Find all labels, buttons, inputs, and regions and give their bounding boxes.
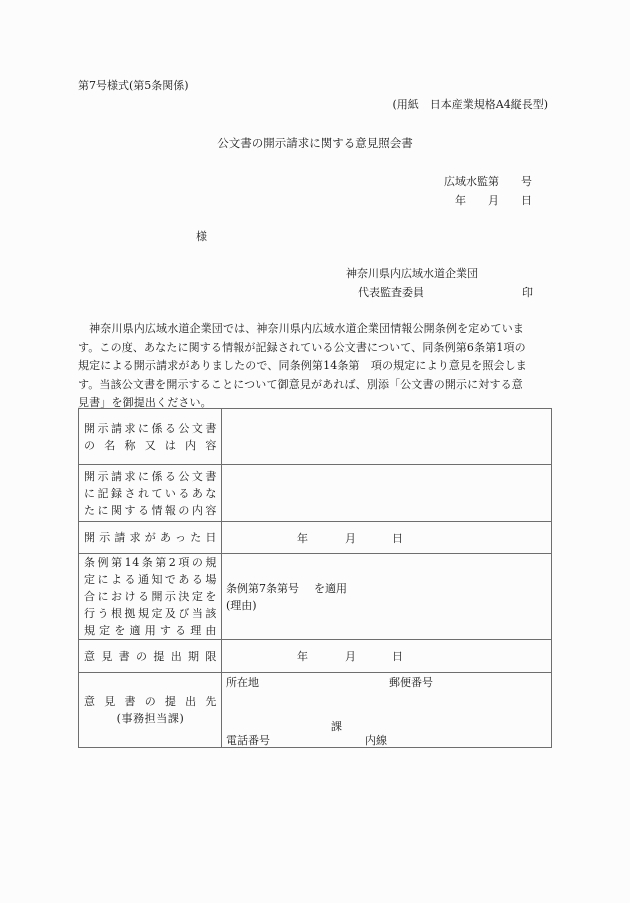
address-label: 所在地 <box>226 676 259 690</box>
extension-label: 内線 <box>365 734 387 748</box>
submission-destination-field[interactable]: 所在地 郵便番号 課 電話番号 内線 <box>222 673 552 748</box>
table-row: 意見書の提出期限 年 月 日 <box>79 640 552 673</box>
reason-label: (理由) <box>226 597 547 614</box>
body-line: す。この度、あなたに関する情報が記録されている公文書について、同条例第6条第1項… <box>78 339 554 358</box>
label-line: 規定を適用する理由 <box>84 622 217 639</box>
table-row: 開示請求に係る公文書 の名称又は内容 <box>79 409 552 465</box>
document-number: 広域水監第 号 <box>444 175 532 189</box>
sender-organization: 神奈川県内広域水道企業団 <box>346 267 478 281</box>
body-line: 規定による開示請求がありましたので、同条例第14条第 項の規定により意見を照会し… <box>78 357 554 376</box>
label-line: 開示請求があった日 <box>84 529 217 546</box>
table-row: 開示請求があった日 年 月 日 <box>79 522 552 554</box>
form-number: 第7号様式(第5条関係) <box>78 79 189 93</box>
row-label-info-content: 開示請求に係る公文書 に記録されているあな たに関する情報の内容 <box>79 465 222 522</box>
body-paragraph: 神奈川県内広域水道企業団では、神奈川県内広域水道企業団情報公開条例を定めていま … <box>78 320 554 413</box>
document-name-field[interactable] <box>222 409 552 465</box>
applied-article-line: 条例第7条第号を適用 <box>226 580 547 597</box>
label-line: (事務担当課) <box>84 710 217 727</box>
table-row: 意見書の提出先 (事務担当課) 所在地 郵便番号 課 電話番号 内線 <box>79 673 552 748</box>
request-date-field[interactable]: 年 月 日 <box>222 522 552 554</box>
info-content-field[interactable] <box>222 465 552 522</box>
month-label: 月 <box>345 530 356 546</box>
table-row: 開示請求に係る公文書 に記録されているあな たに関する情報の内容 <box>79 465 552 522</box>
issue-date: 年 月 日 <box>455 194 532 208</box>
label-line: 意見書の提出期限 <box>84 648 217 665</box>
day-label: 日 <box>392 648 403 664</box>
paper-spec: (用紙 日本産業規格A4縦長型) <box>392 98 548 112</box>
submission-deadline-field[interactable]: 年 月 日 <box>222 640 552 673</box>
label-line: に記録されているあな <box>84 485 217 502</box>
row-label-request-date: 開示請求があった日 <box>79 522 222 554</box>
row-label-submission-deadline: 意見書の提出期限 <box>79 640 222 673</box>
body-line: す。当該公文書を開示することについて御意見があれば、別添「公文書の開示に対する意 <box>78 376 554 395</box>
label-line: 定による通知である場 <box>84 571 217 588</box>
section-label: 課 <box>331 720 342 734</box>
year-label: 年 <box>297 530 308 546</box>
document-title: 公文書の開示請求に関する意見照会書 <box>0 136 630 150</box>
label-line: 条例第14条第2項の規 <box>84 554 217 571</box>
zip-label: 郵便番号 <box>389 676 433 690</box>
day-label: 日 <box>392 530 403 546</box>
table-row: 条例第14条第2項の規 定による通知である場 合における開示決定を 行う根拠規定… <box>79 554 552 640</box>
label-line: 開示請求に係る公文書 <box>84 468 217 485</box>
inquiry-form-table: 開示請求に係る公文書 の名称又は内容 開示請求に係る公文書 に記録されているあな… <box>78 408 552 748</box>
label-line: たに関する情報の内容 <box>84 502 217 519</box>
disclosure-basis-field[interactable]: 条例第7条第号を適用 (理由) <box>222 554 552 640</box>
sender-title: 代表監査委員 <box>358 286 424 300</box>
item-label: 号 <box>288 580 314 597</box>
row-label-document-name: 開示請求に係る公文書 の名称又は内容 <box>79 409 222 465</box>
year-label: 年 <box>297 648 308 664</box>
month-label: 月 <box>345 648 356 664</box>
addressee-honorific: 様 <box>196 230 207 244</box>
label-line: の名称又は内容 <box>84 437 217 454</box>
body-line: 神奈川県内広域水道企業団では、神奈川県内広域水道企業団情報公開条例を定めていま <box>78 320 554 339</box>
label-line: 開示請求に係る公文書 <box>84 420 217 437</box>
row-label-disclosure-basis: 条例第14条第2項の規 定による通知である場 合における開示決定を 行う根拠規定… <box>79 554 222 640</box>
label-line: 意見書の提出先 <box>84 693 217 710</box>
row-label-submission-destination: 意見書の提出先 (事務担当課) <box>79 673 222 748</box>
article-label: 条例第7条第 <box>226 580 288 597</box>
label-line: 合における開示決定を <box>84 588 217 605</box>
phone-label: 電話番号 <box>226 734 270 748</box>
seal-mark: 印 <box>522 286 533 300</box>
apply-label: を適用 <box>314 582 347 595</box>
label-line: 行う根拠規定及び当該 <box>84 605 217 622</box>
